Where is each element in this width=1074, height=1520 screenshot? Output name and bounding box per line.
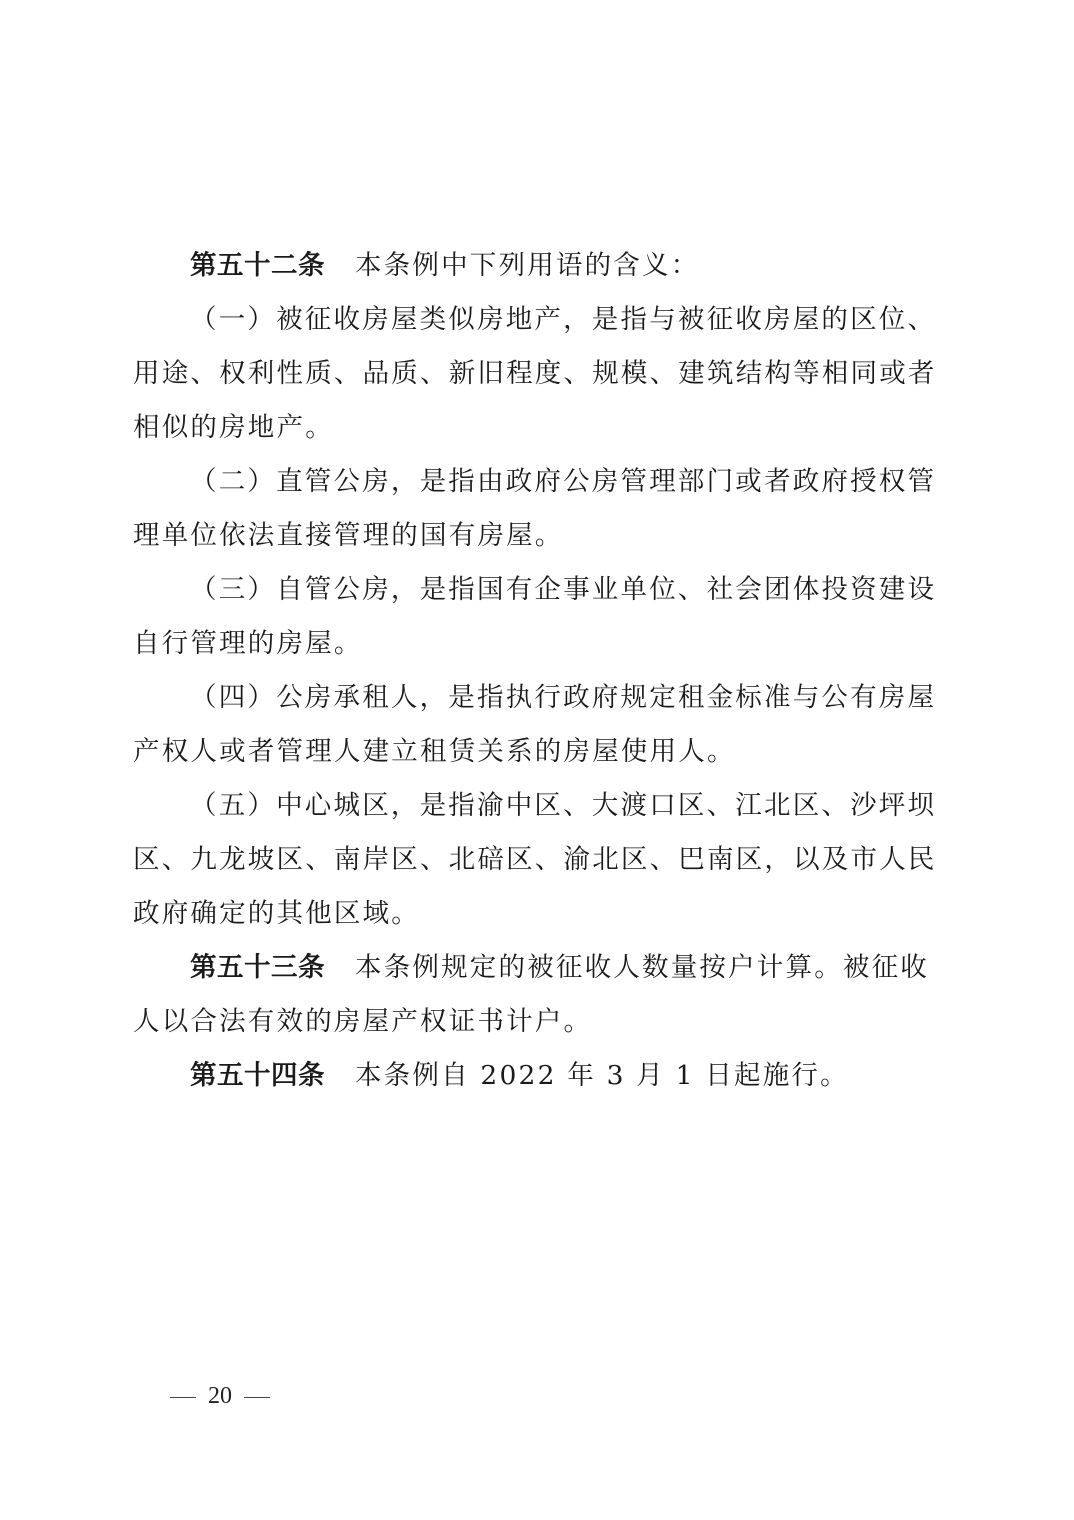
definition-5-line-3: 政府确定的其他区域。 <box>133 894 420 934</box>
page-footer: 20 <box>158 1378 282 1414</box>
definition-3-line-1: （三）自管公房，是指国有企事业单位、社会团体投资建设 <box>190 570 936 610</box>
article-number: 第五十三条 <box>190 952 325 983</box>
definition-3-line-2: 自行管理的房屋。 <box>133 624 363 664</box>
article-text: 本条例中下列用语的含义： <box>355 250 699 281</box>
definition-1-line-2: 用途、权利性质、品质、新旧程度、规模、建筑结构等相同或者 <box>133 354 937 394</box>
article-number: 第五十四条 <box>190 1060 325 1091</box>
article-number: 第五十二条 <box>190 250 325 281</box>
article-text: 本条例规定的被征收人数量按户计算。被征收 <box>355 952 929 983</box>
definition-2-line-2: 理单位依法直接管理的国有房屋。 <box>133 516 564 556</box>
article-53-line-1: 第五十三条本条例规定的被征收人数量按户计算。被征收 <box>190 948 929 988</box>
definition-4-line-1: （四）公房承租人，是指执行政府规定租金标准与公有房屋 <box>190 678 936 718</box>
article-text: 本条例自 2022 年 3 月 1 日起施行。 <box>355 1060 849 1091</box>
document-page: 第五十二条本条例中下列用语的含义： （一）被征收房屋类似房地产，是指与被征收房屋… <box>0 0 1074 1520</box>
definition-5-line-1: （五）中心城区，是指渝中区、大渡口区、江北区、沙坪坝 <box>190 786 936 826</box>
definition-4-line-2: 产权人或者管理人建立租赁关系的房屋使用人。 <box>133 732 736 772</box>
dash-left-decoration <box>170 1397 196 1398</box>
dash-right-decoration <box>244 1397 270 1398</box>
article-52-heading: 第五十二条本条例中下列用语的含义： <box>190 246 699 286</box>
article-54-line-1: 第五十四条本条例自 2022 年 3 月 1 日起施行。 <box>190 1056 849 1096</box>
definition-2-line-1: （二）直管公房，是指由政府公房管理部门或者政府授权管 <box>190 462 936 502</box>
definition-1-line-1: （一）被征收房屋类似房地产，是指与被征收房屋的区位、 <box>190 300 936 340</box>
article-53-line-2: 人以合法有效的房屋产权证书计户。 <box>133 1002 592 1042</box>
definition-5-line-2: 区、九龙坡区、南岸区、北碚区、渝北区、巴南区，以及市人民 <box>133 840 937 880</box>
definition-1-line-3: 相似的房地产。 <box>133 408 334 448</box>
page-number: 20 <box>208 1383 232 1409</box>
